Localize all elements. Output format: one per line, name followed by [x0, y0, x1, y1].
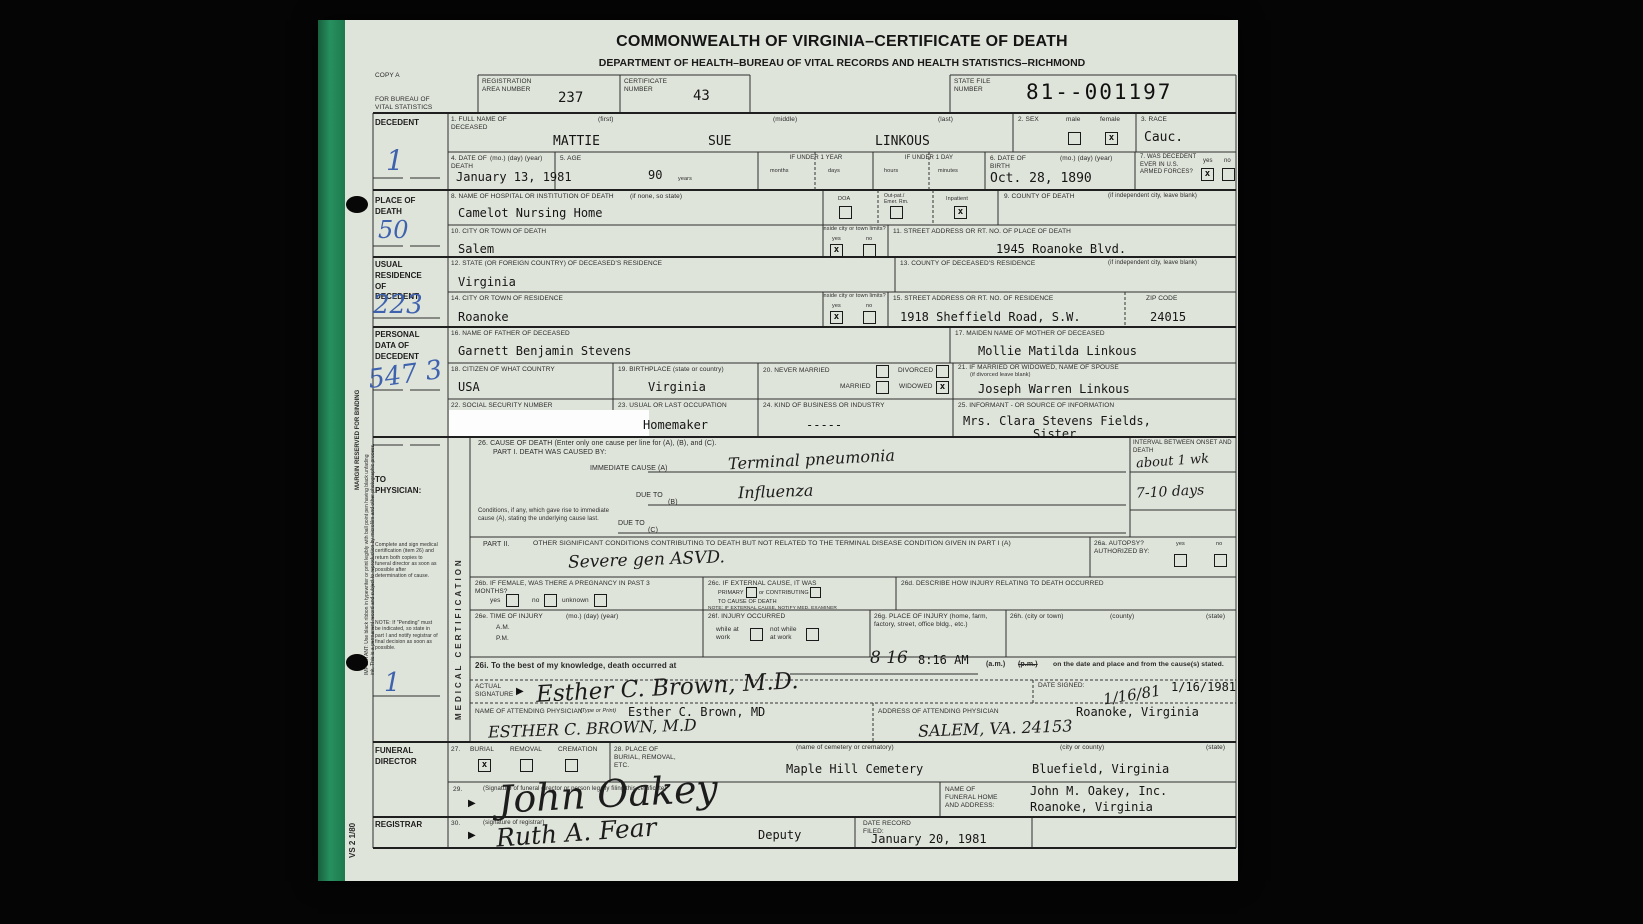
certificate-number-label: CERTIFICATE NUMBER [624, 78, 684, 94]
last-hint: (last) [938, 116, 953, 124]
attestation-tail: on the date and place and from the cause… [1053, 661, 1235, 669]
date-of-birth-hint: (mo.) (day) (year) [1060, 155, 1130, 163]
pregnancy-label: 26b. IF FEMALE, WAS THERE A PREGNANCY IN… [475, 580, 675, 596]
hours-label: hours [884, 168, 898, 175]
margin-note-medical: 1 [384, 668, 401, 698]
residence-street-value: 1918 Sheffield Road, S.W. [900, 310, 1081, 324]
removal-checkbox [520, 759, 533, 772]
widowed-checkbox: x [936, 381, 949, 394]
while-at-work-checkbox [750, 628, 763, 641]
death-limits-no-label: no [866, 236, 872, 243]
not-while-at-work-label: not while at work [770, 626, 804, 642]
bureau-label: FOR BUREAU OF VITAL STATISTICS [375, 96, 439, 112]
birthplace-value: Virginia [648, 380, 706, 394]
cremation-checkbox [565, 759, 578, 772]
attestation-label: 26i. To the best of my knowledge, death … [475, 661, 676, 671]
injury-description-label: 26d. DESCRIBE HOW INJURY RELATING TO DEA… [901, 580, 1201, 588]
institution-value: Camelot Nursing Home [458, 206, 603, 220]
photo-background: MARGIN RESERVED FOR BINDING IMPORTANT: U… [0, 0, 1643, 924]
first-hint: (first) [598, 116, 614, 124]
burial-checkbox: x [478, 759, 491, 772]
age-value: 90 [648, 168, 662, 182]
side-funeral-director: FUNERAL DIRECTOR [375, 746, 421, 768]
armed-forces-label: 7. WAS DECEDENT EVER IN U.S. ARMED FORCE… [1140, 154, 1198, 177]
side-medical-certification: MEDICAL CERTIFICATION [454, 557, 463, 720]
arrow-icon: ▶ [468, 798, 476, 809]
date-signed-label: DATE SIGNED: [1038, 682, 1085, 690]
date-filed-value: January 20, 1981 [871, 832, 987, 846]
sex-label: 2. SEX [1018, 116, 1039, 124]
cremation-label: CREMATION [558, 746, 597, 754]
attending-address-typed: Roanoke, Virginia [1076, 705, 1199, 719]
under-one-day-label: IF UNDER 1 DAY [875, 155, 983, 163]
informant-value-2: Sister [1033, 427, 1076, 441]
city-of-death-value: Salem [458, 242, 494, 256]
due-to-c-label: DUE TO [618, 520, 645, 529]
burial-city-hint: (city or county) [1060, 744, 1104, 752]
date-of-birth-value: Oct. 28, 1890 [990, 171, 1092, 186]
age-label: 5. AGE [560, 155, 581, 163]
injury-time-hint: (mo.) (day) (year) [566, 613, 618, 621]
informant-label: 25. INFORMANT - OR SOURCE OF INFORMATION [958, 402, 1114, 410]
informant-value: Mrs. Clara Stevens Fields, [963, 414, 1151, 428]
injury-occurred-label: 26f. INJURY OCCURRED [708, 613, 785, 621]
state-file-value: 81--001197 [1026, 80, 1172, 104]
injury-pm-label: P.M. [496, 635, 509, 643]
while-at-work-label: while at work [716, 626, 748, 642]
residence-city-value: Roanoke [458, 310, 509, 324]
burial-state-hint: (state) [1206, 744, 1225, 752]
residence-limits-no-label: no [866, 303, 872, 310]
autopsy-no-checkbox [1214, 554, 1227, 567]
burial-city-value: Bluefield, Virginia [1032, 762, 1169, 776]
arrow-icon: ▶ [516, 686, 524, 697]
minutes-label: minutes [938, 168, 958, 175]
street-of-death-value: 1945 Roanoke Blvd. [996, 242, 1126, 256]
inpatient-checkbox: x [954, 206, 967, 219]
spouse-hint: (if divorced leave blank) [970, 372, 1031, 379]
certificate-subtitle: DEPARTMENT OF HEALTH–BUREAU OF VITAL REC… [448, 57, 1236, 69]
part1-label: PART I. DEATH WAS CAUSED BY: [493, 449, 606, 458]
citizen-value: USA [458, 380, 480, 394]
actual-signature-label: ACTUAL SIGNATURE [475, 683, 517, 699]
ssn-label: 22. SOCIAL SECURITY NUMBER [451, 402, 553, 410]
date-of-death-hint: (mo.) (day) (year) [490, 155, 552, 163]
residence-state-label: 12. STATE (OR FOREIGN COUNTRY) OF DECEAS… [451, 260, 662, 268]
external-note: NOTE: IF EXTERNAL CAUSE, NOTIFY MED. EXA… [708, 606, 837, 612]
pregnancy-yes-checkbox [506, 594, 519, 607]
divorced-checkbox [936, 365, 949, 378]
father-value: Garnett Benjamin Stevens [458, 344, 631, 358]
director-number-label: 29. [453, 786, 462, 794]
death-certificate: MARGIN RESERVED FOR BINDING IMPORTANT: U… [318, 20, 1238, 881]
side-to-physician: TO PHYSICIAN: [375, 475, 430, 497]
funeral-home-city: Roanoke, Virginia [1030, 800, 1153, 814]
citizen-label: 18. CITIZEN OF WHAT COUNTRY [451, 366, 555, 374]
age-unit-label: years [678, 176, 692, 183]
external-contributing-label: or CONTRIBUTING [759, 590, 809, 597]
industry-value: ----- [806, 418, 842, 432]
side-physician-instruction: Complete and sign medical certification … [375, 542, 439, 580]
occupation-value: Homemaker [643, 418, 708, 432]
autopsy-label: 26a. AUTOPSY? AUTHORIZED BY: [1094, 540, 1164, 556]
divorced-label: DIVORCED [898, 367, 933, 375]
residence-city-label: 14. CITY OR TOWN OF RESIDENCE [451, 295, 563, 303]
residence-limits-yes-label: yes [832, 303, 841, 310]
widowed-label: WIDOWED [899, 383, 933, 391]
residence-county-hint: (if independent city, leave blank) [1108, 260, 1233, 268]
spouse-value: Joseph Warren Linkous [978, 382, 1130, 396]
registrar-number-label: 30. [451, 820, 460, 828]
pregnancy-no-checkbox [544, 594, 557, 607]
date-of-death-value: January 13, 1981 [456, 170, 572, 184]
middle-name-value: SUE [708, 134, 731, 149]
margin-note-residence: 223 [373, 290, 423, 320]
external-contributing-checkbox [810, 587, 821, 598]
removal-label: REMOVAL [510, 746, 542, 754]
injury-place-label: 26g. PLACE OF INJURY (home, farm, factor… [874, 613, 999, 629]
attestation-time-typed: 8:16 AM [918, 653, 969, 667]
injury-county-label: (county) [1110, 613, 1134, 621]
first-name-value: MATTIE [553, 134, 600, 149]
date-signed-typed: 1/16/1981 [1171, 680, 1236, 694]
due-to-b-value: Influenza [738, 481, 814, 503]
county-of-death-label: 9. COUNTY OF DEATH [1004, 193, 1075, 201]
institution-label: 8. NAME OF HOSPITAL OR INSTITUTION OF DE… [451, 193, 614, 201]
armed-forces-no-checkbox [1222, 168, 1235, 181]
attestation-pm-label: (p.m.) [1018, 661, 1038, 670]
margin-note-decedent: 1 [386, 144, 404, 177]
arrow-icon: ▶ [468, 830, 476, 841]
funeral-home-name: John M. Oakey, Inc. [1030, 784, 1167, 798]
injury-time-label: 26e. TIME OF INJURY [475, 613, 543, 621]
death-limits-no-checkbox [863, 244, 876, 257]
county-of-death-hint: (if independent city, leave blank) [1108, 193, 1233, 201]
last-name-value: LINKOUS [875, 134, 930, 149]
pregnancy-unknown-checkbox [594, 594, 607, 607]
funeral-home-label: NAME OF FUNERAL HOME AND ADDRESS: [945, 786, 1007, 810]
residence-limits-yes-checkbox: x [830, 311, 843, 324]
pregnancy-yes-label: yes [490, 597, 500, 605]
death-limits-yes-label: yes [832, 236, 841, 243]
attending-physician-label: NAME OF ATTENDING PHYSICIAN [475, 708, 583, 716]
cemetery-hint: (name of cemetery or crematory) [796, 744, 894, 752]
injury-am-label: A.M. [496, 624, 510, 632]
certificate-number-value: 43 [693, 88, 710, 104]
autopsy-yes-label: yes [1176, 541, 1185, 548]
side-registrar: REGISTRAR [375, 820, 422, 831]
never-married-label: 20. NEVER MARRIED [763, 367, 830, 375]
immediate-cause-label: IMMEDIATE CAUSE (A) [590, 465, 668, 474]
death-limits-yes-checkbox: x [830, 244, 843, 257]
external-to-cause-label: TO CAUSE OF DEATH [718, 599, 777, 606]
mother-value: Mollie Matilda Linkous [978, 344, 1137, 358]
residence-street-label: 15. STREET ADDRESS OR RT. NO. OF RESIDEN… [893, 295, 1053, 303]
residence-limits-label: inside city or town limits? [822, 293, 886, 300]
street-of-death-label: 11. STREET ADDRESS OR RT. NO. OF PLACE O… [893, 228, 1071, 236]
zip-value: 24015 [1150, 310, 1186, 324]
attending-address-label: ADDRESS OF ATTENDING PHYSICIAN [878, 708, 999, 716]
months-label: months [770, 168, 789, 175]
ssn-redaction [449, 410, 649, 436]
burial-place-label: 28. PLACE OF BURIAL, REMOVAL, ETC. [614, 746, 676, 770]
due-to-c-line: (C) [648, 527, 658, 536]
registrar-deputy: Deputy [758, 828, 801, 842]
armed-forces-yes-checkbox: x [1201, 168, 1214, 181]
burial-label: BURIAL [470, 746, 494, 754]
sex-female-checkbox: x [1105, 132, 1118, 145]
margin-note-place: 50 [378, 216, 409, 244]
inpatient-label: Inpatient [946, 196, 968, 203]
part2-label: PART II. [483, 541, 509, 550]
injury-state-label: (state) [1206, 613, 1225, 621]
residence-county-label: 13. COUNTY OF DECEASED'S RESIDENCE [900, 260, 1035, 268]
residence-limits-no-checkbox [863, 311, 876, 324]
autopsy-no-label: no [1216, 541, 1222, 548]
days-label: days [828, 168, 840, 175]
sex-female-label: female [1100, 116, 1120, 124]
side-place-of-death: PLACE OF DEATH [375, 196, 421, 218]
middle-hint: (middle) [773, 116, 797, 124]
armed-forces-no-label: no [1224, 158, 1231, 166]
cemetery-value: Maple Hill Cemetery [786, 762, 923, 776]
autopsy-yes-checkbox [1174, 554, 1187, 567]
cause-label: 26. CAUSE OF DEATH (Enter only one cause… [478, 440, 898, 449]
not-while-at-work-checkbox [806, 628, 819, 641]
part2-text: OTHER SIGNIFICANT CONDITIONS CONTRIBUTIN… [533, 540, 1013, 548]
pregnancy-unknown-label: unknown [562, 597, 589, 605]
father-label: 16. NAME OF FATHER OF DECEASED [451, 330, 570, 338]
residence-state-value: Virginia [458, 275, 516, 289]
doa-checkbox [839, 206, 852, 219]
industry-label: 24. KIND OF BUSINESS OR INDUSTRY [763, 402, 885, 410]
mother-label: 17. MAIDEN NAME OF MOTHER OF DECEASED [955, 330, 1105, 338]
date-of-death-label: 4. DATE OF DEATH [451, 155, 489, 171]
married-checkbox [876, 381, 889, 394]
external-primary-label: PRIMARY [718, 590, 744, 597]
external-cause-label: 26c. IF EXTERNAL CAUSE, IT WAS [708, 580, 868, 588]
city-of-death-label: 10. CITY OR TOWN OF DEATH [451, 228, 546, 236]
full-name-label: 1. FULL NAME OF DECEASED [451, 116, 521, 132]
zip-label: ZIP CODE [1146, 295, 1177, 303]
date-of-birth-label: 6. DATE OF BIRTH [990, 155, 1028, 171]
spouse-label: 21. IF MARRIED OR WIDOWED, NAME OF SPOUS… [958, 364, 1128, 372]
conditions-note: Conditions, if any, which gave rise to i… [478, 508, 618, 523]
certificate-title: COMMONWEALTH OF VIRGINIA–CERTIFICATE OF … [448, 33, 1236, 51]
sex-male-checkbox [1068, 132, 1081, 145]
occupation-label: 23. USUAL OR LAST OCCUPATION [618, 402, 727, 410]
institution-hint: (if none, so state) [630, 193, 682, 201]
outpatient-checkbox [890, 206, 903, 219]
side-physician-note: NOTE: If "Pending" must be indicated, so… [375, 620, 439, 651]
disposition-number-label: 27. [451, 746, 460, 754]
injury-city-label: 26h. (city or town) [1010, 613, 1064, 621]
attestation-time-handwritten: 8 16 [870, 648, 908, 668]
birthplace-label: 19. BIRTHPLACE (state or country) [618, 366, 724, 374]
outpatient-label: Out-pat./ Emer. Rm. [884, 193, 918, 206]
copy-label: COPY A [375, 72, 400, 80]
attestation-am-label: (a.m.) [986, 661, 1005, 670]
due-to-b-line: (B) [668, 499, 678, 508]
state-file-label: STATE FILE NUMBER [954, 78, 999, 94]
attending-physician-hint: (Type or Print) [580, 708, 616, 715]
race-value: Cauc. [1144, 130, 1183, 145]
doa-label: DOA [838, 196, 850, 203]
armed-forces-yes-label: yes [1203, 158, 1213, 166]
external-primary-checkbox [746, 587, 757, 598]
race-label: 3. RACE [1141, 116, 1167, 124]
registration-area-label: REGISTRATION AREA NUMBER [482, 78, 542, 94]
married-label: MARRIED [840, 383, 871, 391]
registration-area-value: 237 [558, 90, 583, 106]
side-decedent: DECEDENT [375, 118, 419, 129]
due-to-b-label: DUE TO [636, 492, 663, 501]
sex-male-label: male [1066, 116, 1081, 124]
pregnancy-no-label: no [532, 597, 539, 605]
death-limits-label: inside city or town limits? [822, 226, 886, 233]
under-one-year-label: IF UNDER 1 YEAR [761, 155, 871, 163]
never-married-checkbox [876, 365, 889, 378]
